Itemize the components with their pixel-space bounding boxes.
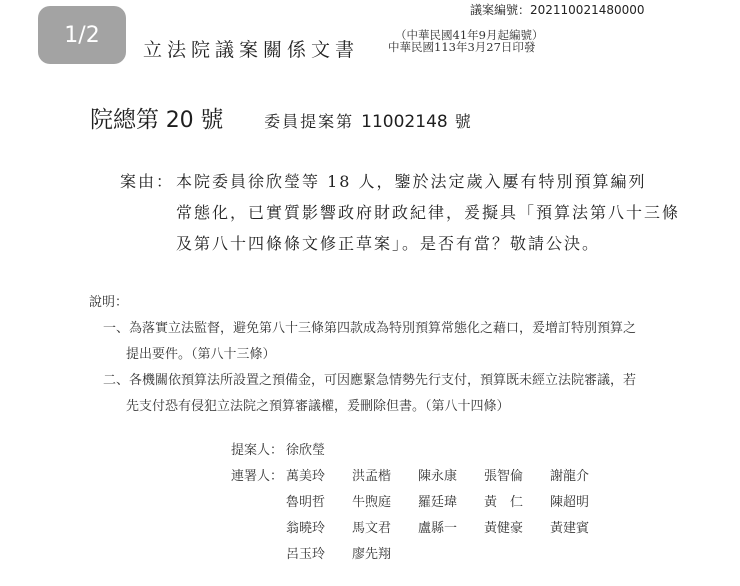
proposal-prefix: 委員提案第 [264,112,354,131]
reason-line: 常態化，已實質影響政府財政紀律，爰擬具「預算法第八十三條 [120,197,680,228]
document-subtitle: （中華民國41年9月起編號） 中華民國113年3月27日印發 [388,29,543,53]
proposal-number: 11002148 [361,112,448,132]
proposal-suffix: 號 [455,112,473,131]
reference-prefix: 院總第 [90,107,159,133]
cosigner-row: 連署人： 萬美玲 洪孟楷 陳永康 張智倫 謝龍介 [231,464,616,490]
proposer-name: 徐欣瑩 [286,438,325,464]
document-title: 立法院議案關係文書 [143,35,359,62]
explanation-item-line: 一、為落實立法監督，避免第八十三條第四款成為特別預算常態化之藉口，爰增訂特別預算… [89,316,636,342]
cosigner-name: 黃健豪 [484,516,550,542]
cosigner-name: 盧縣一 [418,516,484,542]
cosigner-name: 陳永康 [418,464,484,490]
cosigner-name: 翁曉玲 [286,516,352,542]
cosigner-name: 羅廷瑋 [418,490,484,516]
cosigner-label: 連署人： [231,464,286,490]
explanation-item-line: 提出要件。（第八十三條） [89,342,636,368]
proposal-ref: 委員提案第 11002148 號 [264,112,473,131]
cosigner-row: 呂玉玲 廖先翔 [231,542,616,568]
explanation-label: 說明： [89,290,636,316]
reason-line: 本院委員徐欣瑩等 18 人，鑒於法定歲入屢有特別預算編列 [176,172,647,191]
explanation-section: 說明： 一、為落實立法監督，避免第八十三條第四款成為特別預算常態化之藉口，爰增訂… [89,290,636,420]
page-indicator[interactable]: 1/2 [38,6,126,64]
cosigner-name: 廖先翔 [352,542,418,568]
explanation-item-line: 二、各機關依預算法所設置之預備金，可因應緊急情勢先行支付，預算既未經立法院審議，… [89,368,636,394]
print-date: 中華民國113年3月27日印發 [388,41,543,53]
cosigner-name: 呂玉玲 [286,542,352,568]
reason-label: 案由： [120,166,176,197]
cosigner-name: 萬美玲 [286,464,352,490]
reference-number: 20 [166,108,194,133]
reference-line: 院總第 20 號 委員提案第 11002148 號 [90,101,473,134]
cosigner-name: 牛煦庭 [352,490,418,516]
case-reason: 案由：本院委員徐欣瑩等 18 人，鑒於法定歲入屢有特別預算編列 常態化，已實質影… [120,166,680,259]
proposer-label: 提案人： [231,438,286,464]
signatories: 提案人： 徐欣瑩 連署人： 萬美玲 洪孟楷 陳永康 張智倫 謝龍介 魯明哲 牛煦… [231,438,616,568]
proposer-row: 提案人： 徐欣瑩 [231,438,616,464]
explanation-item-line: 先支付恐有侵犯立法院之預算審議權，爰刪除但書。（第八十四條） [89,394,636,420]
cosigner-name: 陳超明 [550,490,616,516]
cosigner-name: 張智倫 [484,464,550,490]
page-indicator-text: 1/2 [64,23,99,48]
cosigner-name: 黃建賓 [550,516,616,542]
reference-suffix: 號 [200,107,223,133]
bill-number: 議案編號：202110021480000 [470,1,645,18]
cosigner-row: 魯明哲 牛煦庭 羅廷瑋 黃 仁 陳超明 [231,490,616,516]
cosigner-name: 魯明哲 [286,490,352,516]
cosigner-name: 謝龍介 [550,464,616,490]
cosigner-name: 洪孟楷 [352,464,418,490]
cosigner-name: 黃 仁 [484,490,550,516]
cosigner-name: 馬文君 [352,516,418,542]
cosigner-row: 翁曉玲 馬文君 盧縣一 黃健豪 黃建賓 [231,516,616,542]
reason-line: 及第八十四條條文修正草案」。是否有當？敬請公決。 [120,228,680,259]
